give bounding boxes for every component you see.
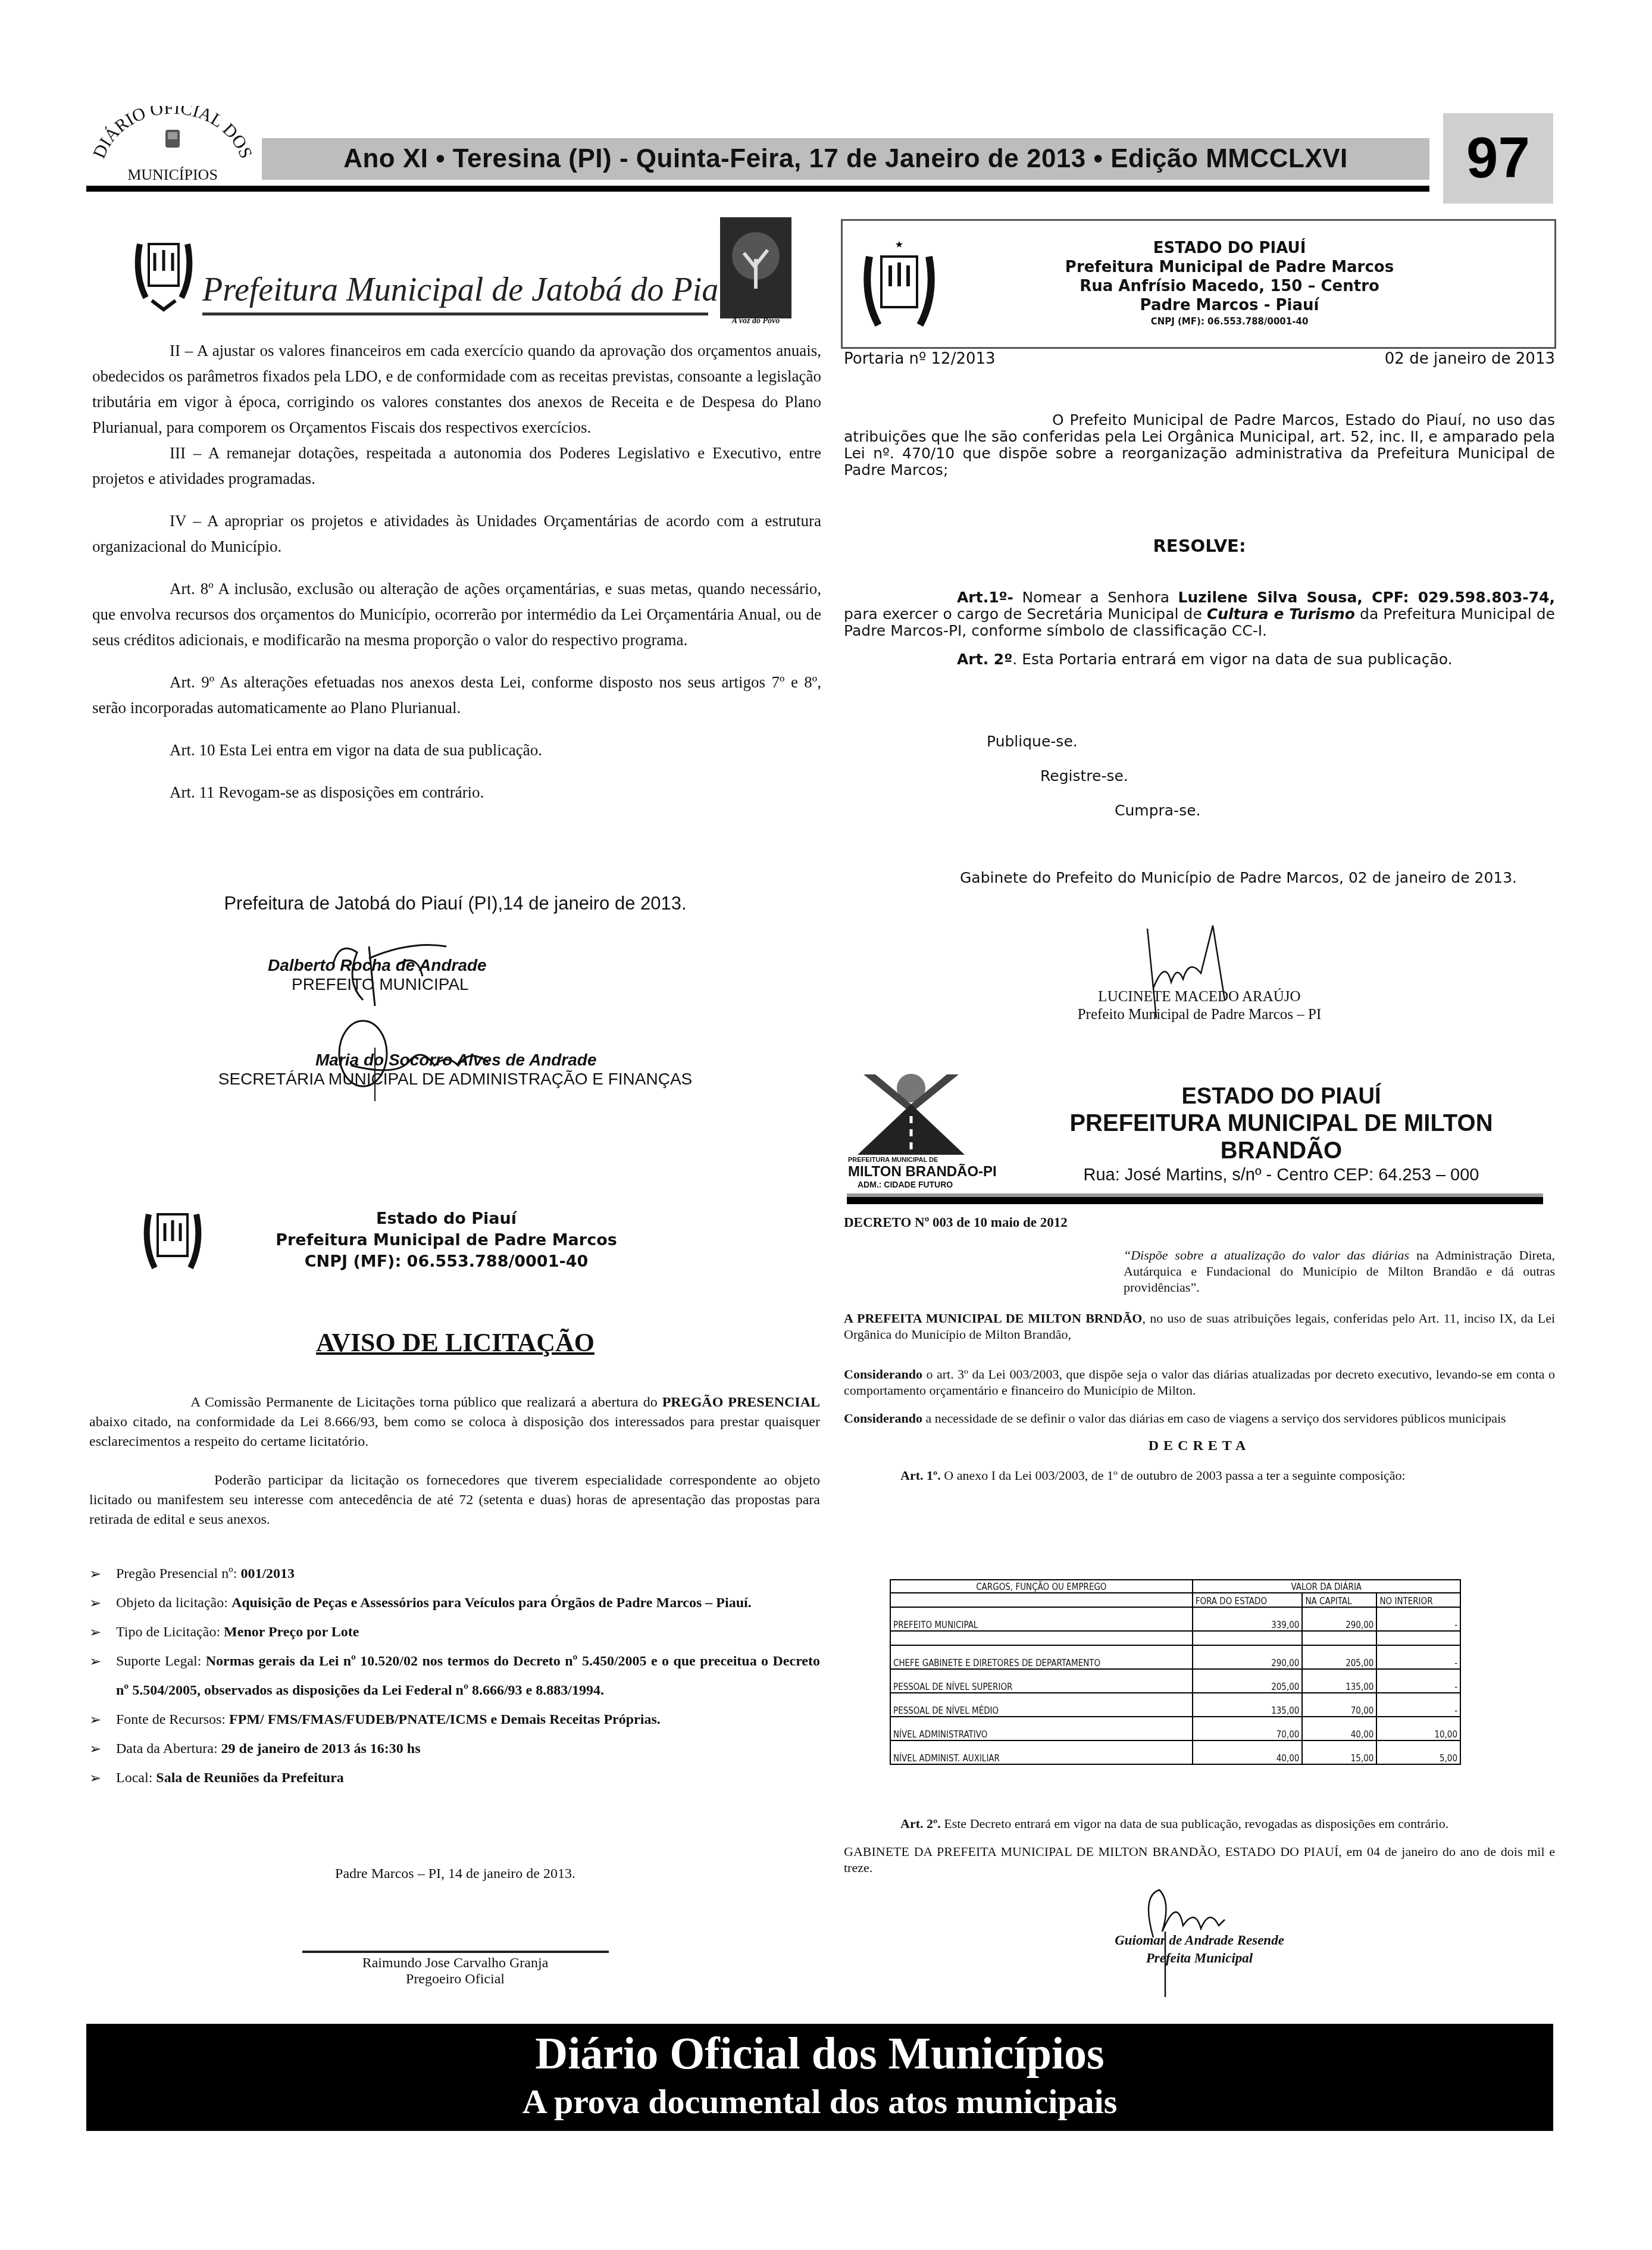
cell-capital: 290,00 (1302, 1607, 1376, 1631)
article-9: Art. 9º As alterações efetuadas nos anex… (92, 670, 821, 721)
cell-capital: 40,00 (1302, 1717, 1376, 1740)
padre-marcos-portaria-header: ★ ESTADO DO PIAUÍ Prefeitura Municipal d… (841, 219, 1556, 349)
portaria-date: 02 de janeiro de 2013 (1385, 350, 1555, 368)
footer-title: Diário Oficial dos Municípios (86, 2024, 1553, 2081)
decreto-art-1: Art. 1º. O anexo I da Lei 003/2003, de 1… (844, 1467, 1555, 1483)
aviso-place-date: Padre Marcos – PI, 14 de janeiro de 2013… (89, 1866, 821, 1882)
article-11: Art. 11 Revogam-se as disposições em con… (92, 780, 821, 805)
arrow-bullet-icon: ➢ (89, 1560, 101, 1589)
cell-interior: - (1376, 1607, 1460, 1631)
table-row: PREFEITO MUNICIPAL339,00290,00- (890, 1607, 1460, 1631)
diarias-table: CARGOS, FUNÇÃO OU EMPREGO VALOR DA DIÁRI… (890, 1579, 1461, 1765)
aviso-item: ➢Local: Sala de Reuniões da Prefeitura (89, 1764, 820, 1793)
header-cargo: CARGOS, FUNÇÃO OU EMPREGO (890, 1580, 1193, 1593)
jatoba-header: Prefeitura Municipal de Jatobá do Piauí … (89, 214, 821, 327)
table-row: NÍVEL ADMINIST. AUXILIAR40,0015,005,00 (890, 1740, 1460, 1764)
jatoba-tree-logo-icon (720, 217, 791, 318)
signer-2-name: Maria do Socorro Alves de Andrade (190, 1051, 821, 1070)
cell-capital: 205,00 (1302, 1645, 1376, 1669)
aviso-details-list: ➢Pregão Presencial nº: 001/2013 ➢Objeto … (89, 1560, 820, 1793)
arrow-bullet-icon: ➢ (89, 1647, 101, 1676)
footer-subtitle: A prova documental dos atos municipais (86, 2081, 1553, 2123)
diario-oficial-logo: DIÁRIO OFICIAL DOS MUNICÍPIOS (83, 106, 262, 183)
portaria-signer-name: LUCINETE MACEDO ARAÚJO (844, 988, 1555, 1006)
cell-capital: 15,00 (1302, 1740, 1376, 1764)
portaria-preamble: O Prefeito Municipal de Padre Marcos, Es… (844, 412, 1555, 479)
table-row: PESSOAL DE NÍVEL SUPERIOR205,00135,00- (890, 1669, 1460, 1693)
decreto-signer-name: Guiomar de Andrade Resende (844, 1932, 1555, 1949)
portaria-signature: LUCINETE MACEDO ARAÚJO Prefeito Municipa… (844, 988, 1555, 1024)
diario-oficial-emblem-icon: DIÁRIO OFICIAL DOS MUNICÍPIOS (83, 106, 262, 183)
page-number: 97 (1466, 126, 1530, 191)
arrow-bullet-icon: ➢ (89, 1589, 101, 1618)
cell-fora: 70,00 (1193, 1717, 1303, 1740)
signature-line (302, 1951, 609, 1953)
cell-interior: - (1376, 1669, 1460, 1693)
table-spacer-row (890, 1631, 1460, 1645)
decreto-signature: Guiomar de Andrade Resende Prefeita Muni… (844, 1932, 1555, 1967)
cell-fora: 339,00 (1193, 1607, 1303, 1631)
piaui-coat-of-arms-icon (140, 1196, 205, 1280)
decreta-heading: DECRETA (844, 1438, 1555, 1454)
cell-interior: 5,00 (1376, 1740, 1460, 1764)
table-row: NÍVEL ADMINISTRATIVO70,0040,0010,00 (890, 1717, 1460, 1740)
milton-brandao-letterhead: ESTADO DO PIAUÍ PREFEITURA MUNICIPAL DE … (1013, 1083, 1549, 1186)
padre-marcos-letterhead: ESTADO DO PIAUÍ Prefeitura Municipal de … (991, 239, 1468, 328)
aviso-item: ➢Fonte de Recursos: FPM/ FMS/FMAS/FUDEB/… (89, 1705, 820, 1735)
svg-text:MUNICÍPIOS: MUNICÍPIOS (127, 166, 218, 183)
cell-interior: - (1376, 1645, 1460, 1669)
table-subheader-row: FORA DO ESTADO NA CAPITAL NO INTERIOR (890, 1593, 1460, 1607)
cell-cargo: NÍVEL ADMINISTRATIVO (890, 1717, 1193, 1740)
aviso-paragraph-1: A Comissão Permanente de Licitações torn… (89, 1393, 820, 1452)
jatoba-signatures: Prefeitura de Jatobá do Piauí (PI),14 de… (89, 893, 821, 1089)
svg-text:★: ★ (895, 239, 903, 250)
cell-interior: - (1376, 1693, 1460, 1717)
article-8: Art. 8º A inclusão, exclusão ou alteraçã… (92, 576, 821, 653)
masthead-info-bar: Ano XI • Teresina (PI) - Quinta-Feira, 1… (262, 138, 1429, 180)
cell-cargo: PREFEITO MUNICIPAL (890, 1607, 1193, 1631)
portaria-gabinete: Gabinete do Prefeito do Município de Pad… (844, 870, 1555, 886)
aviso-signer-name: Raimundo Jose Carvalho Granja (89, 1955, 821, 1971)
cell-cargo: PESSOAL DE NÍVEL MÉDIO (890, 1693, 1193, 1717)
aviso-signer-role: Pregoeiro Oficial (89, 1971, 821, 1987)
signer-2-role: SECRETÁRIA MUNICIPAL DE ADMINISTRAÇÃO E … (89, 1070, 821, 1089)
arrow-bullet-icon: ➢ (89, 1705, 101, 1735)
page-number-box: 97 (1443, 113, 1553, 204)
decreto-body: DECRETO Nº 003 de 10 maio de 2012 “Dispõ… (844, 1214, 1555, 1483)
jatoba-title: Prefeitura Municipal de Jatobá do Piauí (202, 271, 744, 309)
decreto-art-2: Art. 2º. Este Decreto entrará em vigor n… (844, 1815, 1555, 1832)
decreto-gabinete: GABINETE DA PREFEITA MUNICIPAL DE MILTON… (844, 1843, 1555, 1876)
decreto-end: Art. 2º. Este Decreto entrará em vigor n… (844, 1815, 1555, 1887)
masthead-rule (86, 186, 1429, 192)
aviso-item: ➢Suporte Legal: Normas gerais da Lei nº … (89, 1647, 820, 1705)
header-valor-diaria: VALOR DA DIÁRIA (1193, 1580, 1460, 1593)
cell-fora: 135,00 (1193, 1693, 1303, 1717)
cell-fora: 205,00 (1193, 1669, 1303, 1693)
portaria-art-2: Art. 2º. Esta Portaria entrará em vigor … (844, 651, 1555, 668)
cell-interior: 10,00 (1376, 1717, 1460, 1740)
aviso-signature: Padre Marcos – PI, 14 de janeiro de 2013… (89, 1866, 821, 1987)
padre-marcos-aviso-header: Estado do Piauí Prefeitura Municipal de … (89, 1185, 821, 1292)
cell-fora: 290,00 (1193, 1645, 1303, 1669)
decreto-title: DECRETO Nº 003 de 10 maio de 2012 (844, 1214, 1555, 1230)
article-10: Art. 10 Esta Lei entra em vigor na data … (92, 737, 821, 763)
portaria-number-line: Portaria nº 12/2013 02 de janeiro de 201… (844, 350, 1555, 368)
milton-brandao-rule (847, 1193, 1543, 1204)
portaria-number: Portaria nº 12/2013 (844, 350, 996, 368)
decreto-considerando-1: Considerando o art. 3º da Lei 003/2003, … (844, 1366, 1555, 1398)
signer-1-role: PREFEITO MUNICIPAL (292, 975, 821, 994)
jatoba-place-date: Prefeitura de Jatobá do Piauí (PI),14 de… (89, 893, 821, 914)
signer-2-block: Maria do Socorro Alves de Andrade SECRET… (89, 1051, 821, 1089)
paragraph-iii: III – A remanejar dotações, respeitada a… (92, 440, 821, 492)
portaria-closing: Publique-se. Registre-se. Cumpra-se. Gab… (844, 733, 1555, 886)
decreto-ementa: “Dispõe sobre a atualização do valor das… (1124, 1247, 1555, 1295)
paragraph-ii: II – A ajustar os valores financeiros em… (92, 338, 821, 440)
aviso-title: AVISO DE LICITAÇÃO (89, 1327, 821, 1358)
arrow-bullet-icon: ➢ (89, 1735, 101, 1764)
jatoba-law-text: II – A ajustar os valores financeiros em… (92, 338, 821, 805)
jatoba-logo-caption: A voz do Povo (720, 317, 791, 326)
padre-marcos-letterhead: Estado do Piauí Prefeitura Municipal de … (238, 1208, 655, 1273)
aviso-item: ➢Tipo de Licitação: Menor Preço por Lote (89, 1618, 820, 1647)
table-header-row: CARGOS, FUNÇÃO OU EMPREGO VALOR DA DIÁRI… (890, 1580, 1460, 1593)
footer-banner: Diário Oficial dos Municípios A prova do… (86, 2024, 1553, 2131)
table-row: CHEFE GABINETE E DIRETORES DE DEPARTAMEN… (890, 1645, 1460, 1669)
arrow-bullet-icon: ➢ (89, 1618, 101, 1647)
aviso-body: A Comissão Permanente de Licitações torn… (89, 1393, 820, 1530)
signer-1-block: Dalberto Rocha de Andrade PREFEITO MUNIC… (268, 956, 821, 994)
signer-1-name: Dalberto Rocha de Andrade (268, 956, 821, 975)
cell-cargo: NÍVEL ADMINIST. AUXILIAR (890, 1740, 1193, 1764)
piaui-coat-of-arms-icon: ★ (858, 230, 941, 337)
portaria-articles: Art.1º- Nomear a Senhora Luzilene Silva … (844, 589, 1555, 680)
aviso-item: ➢Pregão Presencial nº: 001/2013 (89, 1560, 820, 1589)
cell-capital: 135,00 (1302, 1669, 1376, 1693)
decreto-considerando-2: Considerando a necessidade de se definir… (844, 1410, 1555, 1426)
aviso-item: ➢Data da Abertura: 29 de janeiro de 2013… (89, 1735, 820, 1764)
letterhead-cnpj: CNPJ (MF): 06.553.788/0001-40 (238, 1251, 655, 1273)
edition-info: Ano XI • Teresina (PI) - Quinta-Feira, 1… (343, 144, 1348, 174)
portaria-art-1: Art.1º- Nomear a Senhora Luzilene Silva … (844, 589, 1555, 639)
portaria-resolve: RESOLVE: (844, 536, 1555, 556)
milton-brandao-header: PREFEITURA MUNICIPAL DE MILTON BRANDÃO-P… (841, 1071, 1556, 1202)
letterhead-city: Prefeitura Municipal de Padre Marcos (238, 1230, 655, 1251)
piaui-coat-of-arms-icon (131, 220, 196, 315)
paragraph-iv: IV – A apropriar os projetos e atividade… (92, 508, 821, 560)
arrow-bullet-icon: ➢ (89, 1764, 101, 1793)
letterhead-state: Estado do Piauí (238, 1208, 655, 1230)
cell-cargo: CHEFE GABINETE E DIRETORES DE DEPARTAMEN… (890, 1645, 1193, 1669)
decreto-signer-role: Prefeita Municipal (844, 1949, 1555, 1967)
decreto-preamble: A PREFEITA MUNICIPAL DE MILTON BRNDÃO, n… (844, 1310, 1555, 1342)
cell-cargo: PESSOAL DE NÍVEL SUPERIOR (890, 1669, 1193, 1693)
portaria-signer-role: Prefeito Municipal de Padre Marcos – PI (844, 1006, 1555, 1024)
aviso-paragraph-2: Poderão participar da licitação os forne… (89, 1471, 820, 1530)
cell-capital: 70,00 (1302, 1693, 1376, 1717)
aviso-item: ➢Objeto da licitação: Aquisição de Peças… (89, 1589, 820, 1618)
cell-fora: 40,00 (1193, 1740, 1303, 1764)
jatoba-rule (202, 312, 708, 315)
table-row: PESSOAL DE NÍVEL MÉDIO135,0070,00- (890, 1693, 1460, 1717)
